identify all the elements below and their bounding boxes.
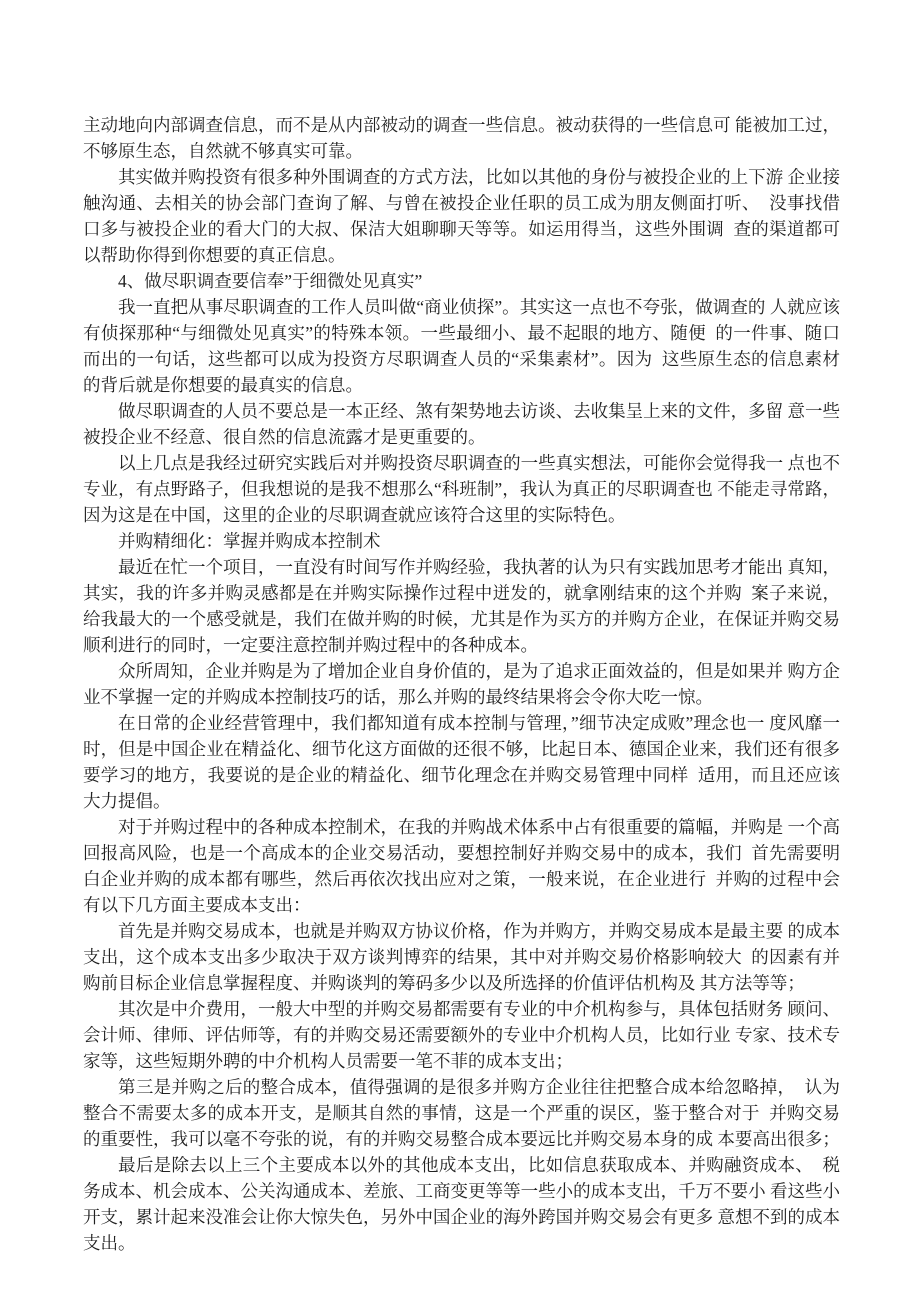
paragraph: 以上几点是我经过研究实践后对并购投资尽职调查的一些真实想法，可能你会觉得我一 点… bbox=[83, 450, 840, 528]
paragraph: 主动地向内部调查信息，而不是从内部被动的调查一些信息。被动获得的一些信息可 能被… bbox=[83, 112, 840, 164]
paragraph: 第三是并购之后的整合成本，值得强调的是很多并购方企业往往把整合成本给忽略掉， 认… bbox=[83, 1074, 840, 1152]
paragraph: 对于并购过程中的各种成本控制术，在我的并购战术体系中占有很重要的篇幅，并购是 一… bbox=[83, 814, 840, 918]
paragraph: 其次是中介费用，一般大中型的并购交易都需要有专业的中介机构参与，具体包括财务 顾… bbox=[83, 996, 840, 1074]
section-heading: 4、做尽职调查要信奉”于细微处见真实” bbox=[83, 268, 840, 294]
paragraph: 最近在忙一个项目，一直没有时间写作并购经验，我执著的认为只有实践加思考才能出 真… bbox=[83, 554, 840, 658]
document-page: 主动地向内部调查信息，而不是从内部被动的调查一些信息。被动获得的一些信息可 能被… bbox=[0, 0, 920, 1301]
paragraph: 首先是并购交易成本，也就是并购双方协议价格，作为并购方，并购交易成本是最主要 的… bbox=[83, 918, 840, 996]
section-heading: 并购精细化：掌握并购成本控制术 bbox=[83, 528, 840, 554]
document-body: 主动地向内部调查信息，而不是从内部被动的调查一些信息。被动获得的一些信息可 能被… bbox=[83, 112, 840, 1256]
paragraph: 众所周知，企业并购是为了增加企业自身价值的，是为了追求正面效益的，但是如果并 购… bbox=[83, 658, 840, 710]
paragraph: 在日常的企业经营管理中，我们都知道有成本控制与管理，”细节决定成败”理念也一 度… bbox=[83, 710, 840, 814]
paragraph: 做尽职调查的人员不要总是一本正经、煞有架势地去访谈、去收集呈上来的文件，多留 意… bbox=[83, 398, 840, 450]
paragraph: 其实做并购投资有很多种外围调查的方式方法，比如以其他的身份与被投企业的上下游 企… bbox=[83, 164, 840, 268]
paragraph: 我一直把从事尽职调查的工作人员叫做“商业侦探”。其实这一点也不夸张，做调查的 人… bbox=[83, 294, 840, 398]
paragraph: 最后是除去以上三个主要成本以外的其他成本支出，比如信息获取成本、并购融资成本、 … bbox=[83, 1152, 840, 1256]
